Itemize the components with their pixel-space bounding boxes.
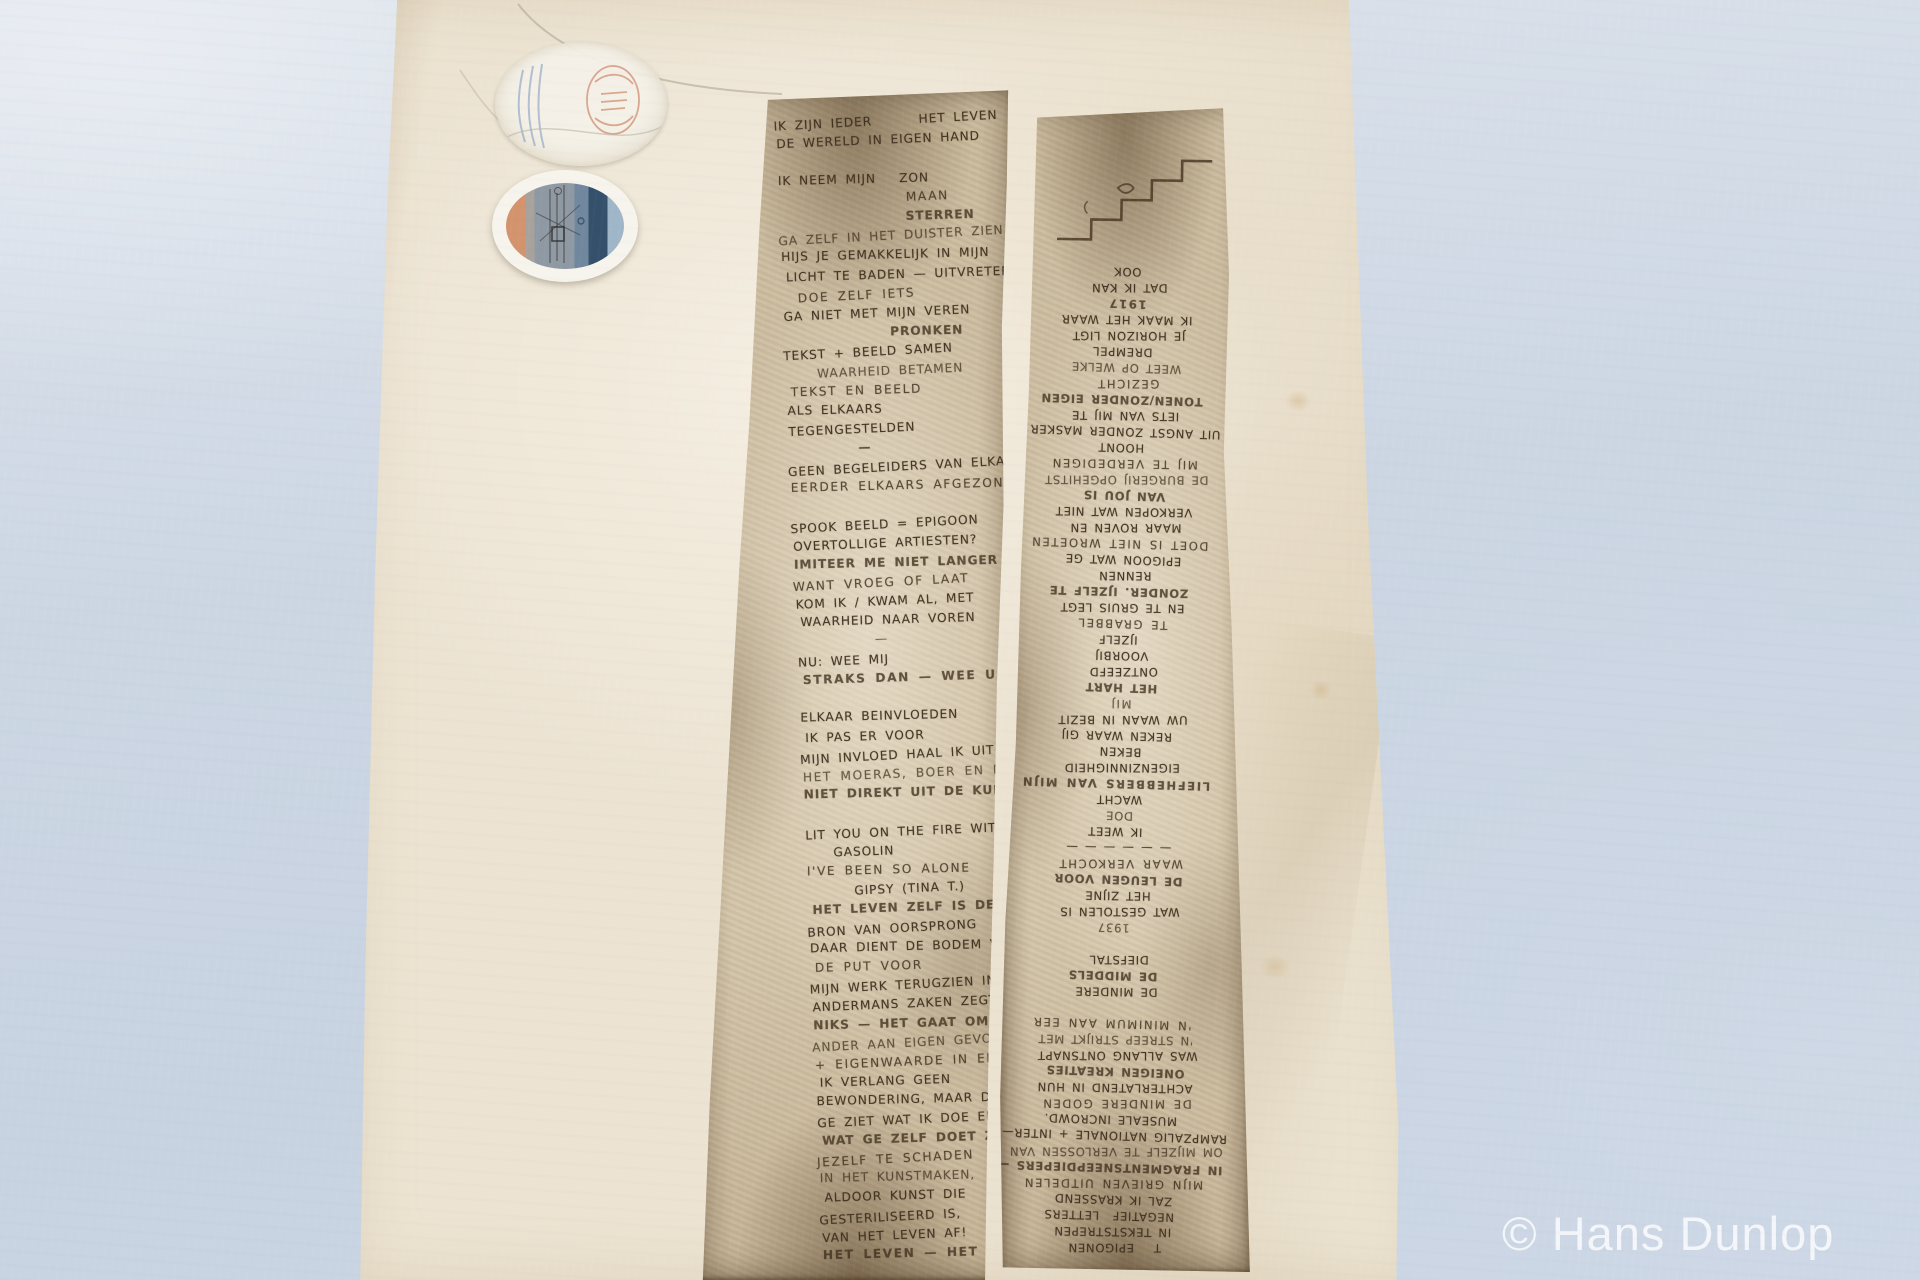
hand-line: DAT IK KAN [1016, 279, 1242, 296]
hand-line: DE BURGERIJ OPGEHITST [1013, 471, 1239, 488]
hand-line: JE HORIZON LIGT [1016, 327, 1242, 344]
staircase-sketch-icon [1047, 153, 1219, 260]
etched-text-strip-right-upside-down: T EPIGONENIN TEKSTSTREPENNEGATIEF LETTER… [995, 100, 1255, 1272]
hand-line: UW WAAN IN BEZIT [1010, 711, 1236, 728]
hand-line: DE MINDERE GODEN [1004, 1095, 1230, 1112]
paper-stain [1285, 390, 1311, 412]
hand-line: WAS ALLANG ONTSNAPT [1004, 1047, 1230, 1064]
hand-line: WAT GESTOLEN IS [1007, 903, 1233, 920]
sticker-photo-oval [492, 170, 638, 282]
hand-line: MAAR ROVEN EN [1013, 519, 1239, 536]
sticker-print-marks [495, 42, 667, 166]
photo-of-artwork-on-wall: IK ZIJN IEDER HET LEVENDE WERELD IN EIGE… [0, 0, 1920, 1280]
hand-line: WAAR VERKOCHT [1007, 855, 1233, 872]
handwritten-lines-right: T EPIGONENIN TEKSTSTREPENNEGATIEF LETTER… [993, 262, 1254, 1274]
hand-line: ONTZEEFD [1010, 663, 1236, 680]
etched-tower-sketch [506, 183, 624, 269]
sticker-label-faint [495, 42, 667, 166]
photo-collage [506, 183, 624, 269]
photographer-watermark: © Hans Dunlop [1502, 1206, 1834, 1261]
hand-line: T EPIGONEN [1001, 1239, 1227, 1256]
